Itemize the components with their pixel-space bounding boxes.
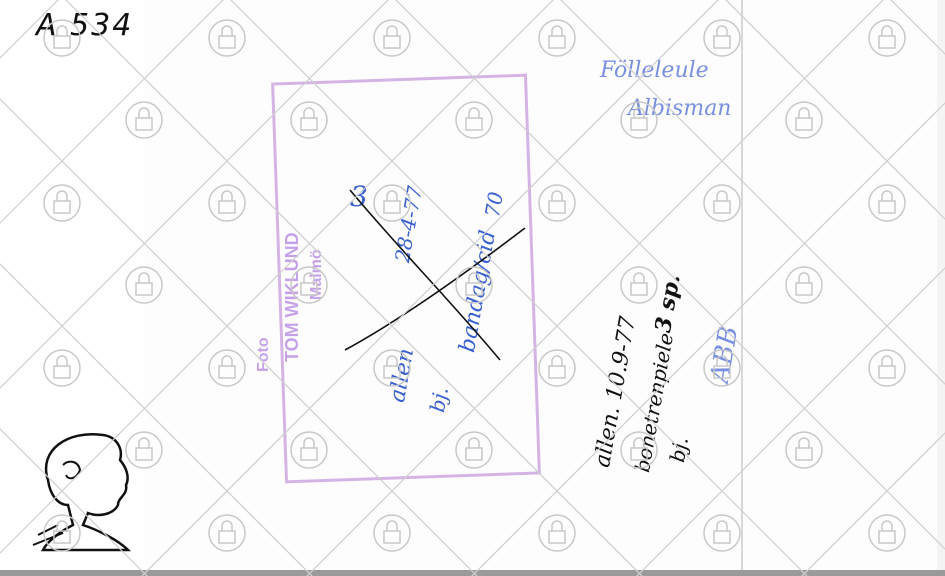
- profile-portrait-icon: [28, 425, 138, 555]
- cross-mark-icon: [0, 0, 945, 576]
